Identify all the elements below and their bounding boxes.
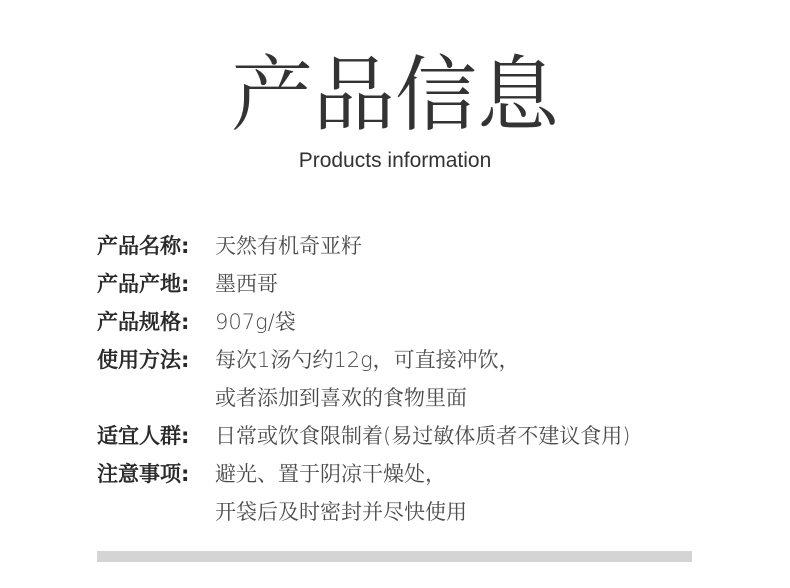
info-value: 天然有机奇亚籽 — [215, 227, 362, 265]
info-row-usage: 使用方法: 每次1汤勺约12g，可直接冲饮， 或者添加到喜欢的食物里面 — [97, 341, 630, 417]
info-label: 产品规格: — [97, 303, 215, 341]
info-label: 注意事项: — [97, 455, 215, 493]
info-label: 产品名称: — [97, 227, 215, 265]
info-row-name: 产品名称: 天然有机奇亚籽 — [97, 227, 630, 265]
info-value: 或者添加到喜欢的食物里面 — [215, 379, 520, 417]
product-info-list: 产品名称: 天然有机奇亚籽 产品产地: 墨西哥 产品规格: 907g/袋 使用方… — [97, 227, 630, 531]
page-subtitle: Products information — [0, 146, 790, 176]
info-value: 墨西哥 — [215, 265, 278, 303]
info-row-spec: 产品规格: 907g/袋 — [97, 303, 630, 341]
info-label: 使用方法: — [97, 341, 215, 379]
divider-bar — [97, 551, 692, 562]
page-title: 产品信息 — [0, 48, 790, 144]
info-value: 907g/袋 — [215, 303, 296, 341]
info-row-audience: 适宜人群: 日常或饮食限制着(易过敏体质者不建议食用) — [97, 417, 630, 455]
info-value: 开袋后及时密封并尽快使用 — [215, 493, 467, 531]
info-value: 每次1汤勺约12g，可直接冲饮， — [215, 341, 520, 379]
info-row-notes: 注意事项: 避光、置于阴凉干燥处， 开袋后及时密封并尽快使用 — [97, 455, 630, 531]
info-value: 避光、置于阴凉干燥处， — [215, 455, 467, 493]
info-label: 产品产地: — [97, 265, 215, 303]
info-row-origin: 产品产地: 墨西哥 — [97, 265, 630, 303]
info-label: 适宜人群: — [97, 417, 215, 455]
info-value: 日常或饮食限制着(易过敏体质者不建议食用) — [215, 417, 630, 455]
